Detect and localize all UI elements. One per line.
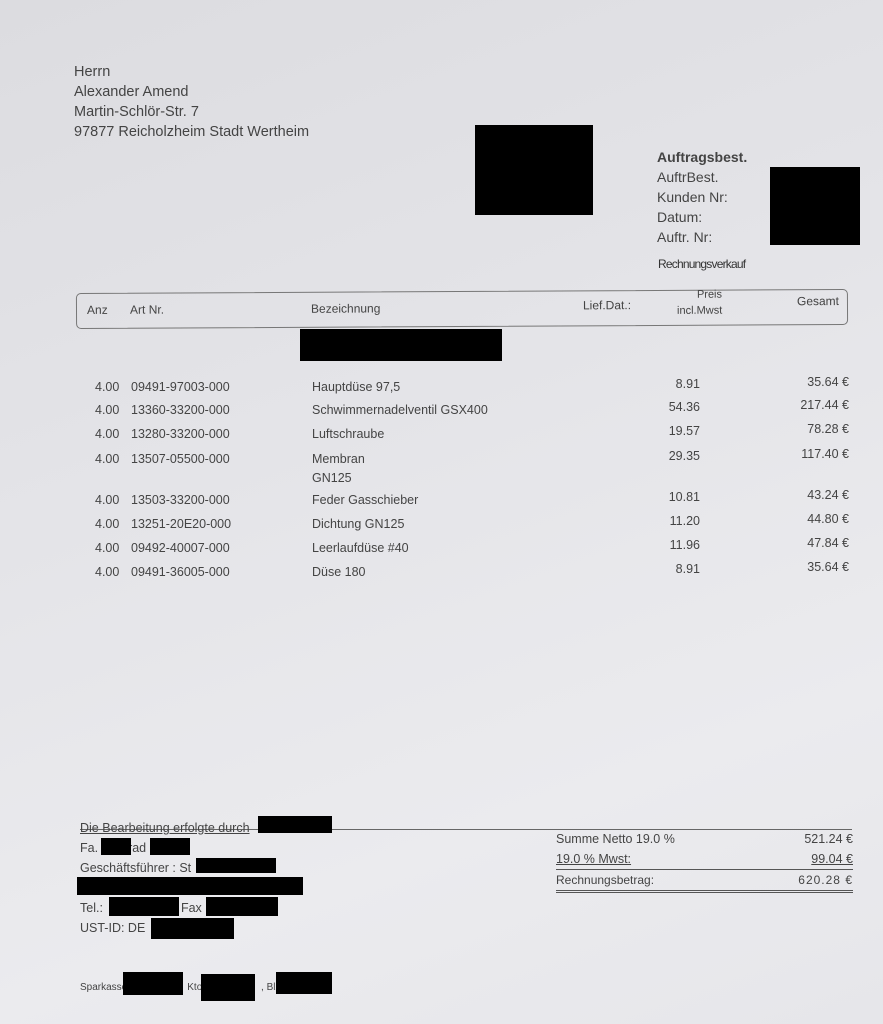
mwst-value: 99.04 € — [811, 852, 853, 866]
header-bezeichnung: Bezeichnung — [311, 301, 380, 315]
table-header: Anz Art Nr. Bezeichnung Lief.Dat.: Preis… — [76, 289, 848, 329]
cell-preis: 19.57 — [669, 424, 700, 438]
meta-field-kunden-nr: Kunden Nr: — [657, 187, 747, 207]
recipient-street: Martin-Schlör-Str. 7 — [74, 102, 309, 122]
cell-art-nr: 09491-36005-000 — [131, 565, 230, 579]
cell-gesamt: 47.84 € — [807, 536, 849, 550]
cell-preis: 8.91 — [676, 377, 700, 391]
redacted-block — [475, 125, 593, 215]
total-label: Rechnungsbetrag: — [556, 873, 654, 887]
cell-bezeichnung: Leerlaufdüse #40 — [312, 541, 409, 555]
totals-block: Summe Netto 19.0 % 521.24 € 19.0 % Mwst:… — [556, 832, 853, 893]
processed-by-label: Die Bearbeitung erfolgte durch — [80, 821, 250, 835]
recipient-city: 97877 Reicholzheim Stadt Wertheim — [74, 122, 309, 142]
cell-preis: 8.91 — [676, 562, 700, 576]
cell-bezeichnung: Membran — [312, 452, 365, 466]
document-type: Rechnungsverkauf — [658, 257, 745, 271]
redacted-block — [101, 838, 131, 855]
cell-bezeichnung: Luftschraube — [312, 427, 384, 441]
cell-gesamt: 217.44 € — [800, 398, 849, 412]
cell-art-nr: 13360-33200-000 — [131, 403, 230, 417]
cell-preis: 29.35 — [669, 449, 700, 463]
redacted-block — [150, 838, 190, 855]
netto-row: Summe Netto 19.0 % 521.24 € — [556, 832, 853, 852]
managing-director-label: Geschäftsführer : St — [80, 861, 191, 875]
redacted-block — [258, 816, 332, 833]
meta-field-auftr-nr: Auftr. Nr: — [657, 227, 747, 247]
header-preis: Preis — [697, 289, 722, 301]
cell-art-nr: 09492-40007-000 — [131, 541, 230, 555]
meta-field-datum: Datum: — [657, 207, 747, 227]
cell-anz: 4.00 — [95, 403, 119, 417]
cell-art-nr: 09491-97003-000 — [131, 380, 230, 394]
netto-value: 521.24 € — [804, 832, 853, 846]
order-meta-title: Auftragsbest. — [657, 147, 747, 167]
cell-anz: 4.00 — [95, 427, 119, 441]
tel-label: Tel.: — [80, 901, 103, 915]
cell-bezeichnung: Düse 180 — [312, 565, 366, 579]
mwst-label: 19.0 % Mwst: — [556, 852, 631, 866]
header-gesamt: Gesamt — [797, 294, 839, 308]
cell-gesamt: 43.24 € — [807, 488, 849, 502]
redacted-block — [201, 974, 255, 1001]
cell-bezeichnung: Dichtung GN125 — [312, 517, 404, 531]
cell-anz: 4.00 — [95, 452, 119, 466]
cell-bezeichnung: Feder Gasschieber — [312, 493, 418, 507]
cell-gesamt: 78.28 € — [807, 422, 849, 436]
cell-bezeichnung-line2: GN125 — [312, 471, 352, 485]
cell-anz: 4.00 — [95, 565, 119, 579]
redacted-block — [123, 972, 183, 995]
redacted-block — [109, 897, 179, 916]
cell-anz: 4.00 — [95, 380, 119, 394]
header-art-nr: Art Nr. — [130, 303, 164, 317]
cell-bezeichnung: Schwimmernadelventil GSX400 — [312, 403, 488, 417]
meta-field-auftrbest: AuftrBest. — [657, 167, 747, 187]
cell-gesamt: 35.64 € — [807, 560, 849, 574]
cell-gesamt: 44.80 € — [807, 512, 849, 526]
header-anz: Anz — [87, 303, 108, 317]
cell-art-nr: 13280-33200-000 — [131, 427, 230, 441]
cell-anz: 4.00 — [95, 493, 119, 507]
order-meta: Auftragsbest. AuftrBest. Kunden Nr: Datu… — [657, 147, 747, 247]
redacted-block — [196, 858, 276, 873]
redacted-block — [151, 918, 234, 939]
cell-preis: 11.96 — [670, 538, 700, 552]
redacted-block — [77, 877, 303, 895]
mwst-row: 19.0 % Mwst: 99.04 € — [556, 852, 853, 870]
cell-bezeichnung: Hauptdüse 97,5 — [312, 380, 400, 394]
cell-gesamt: 117.40 € — [801, 447, 849, 461]
invoice-page: Herrn Alexander Amend Martin-Schlör-Str.… — [0, 0, 883, 1024]
cell-preis: 10.81 — [669, 490, 700, 504]
cell-anz: 4.00 — [95, 541, 119, 555]
redacted-block — [770, 167, 860, 245]
netto-label: Summe Netto 19.0 % — [556, 832, 675, 846]
cell-gesamt: 35.64 € — [807, 375, 849, 389]
header-lief-dat: Lief.Dat.: — [583, 298, 631, 312]
redacted-block — [206, 897, 278, 916]
recipient-address: Herrn Alexander Amend Martin-Schlör-Str.… — [74, 62, 309, 142]
recipient-name: Alexander Amend — [74, 82, 309, 102]
total-row: Rechnungsbetrag: 620.28 € — [556, 870, 853, 893]
bank-sparkasse-label: Sparkasse — [80, 982, 127, 993]
fax-label: Fax — [181, 901, 202, 915]
company-prefix: Fa. — [80, 841, 98, 855]
cell-preis: 54.36 — [669, 400, 700, 414]
redacted-block — [300, 329, 502, 361]
cell-anz: 4.00 — [95, 517, 119, 531]
total-value: 620.28 € — [798, 873, 853, 887]
redacted-block — [276, 972, 332, 994]
cell-art-nr: 13507-05500-000 — [131, 452, 230, 466]
salutation: Herrn — [74, 62, 309, 82]
cell-art-nr: 13503-33200-000 — [131, 493, 230, 507]
cell-preis: 11.20 — [670, 514, 700, 528]
ust-id-label: UST-ID: DE — [80, 921, 145, 935]
cell-art-nr: 13251-20E20-000 — [131, 517, 231, 531]
header-incl-mwst: incl.Mwst — [677, 305, 722, 317]
